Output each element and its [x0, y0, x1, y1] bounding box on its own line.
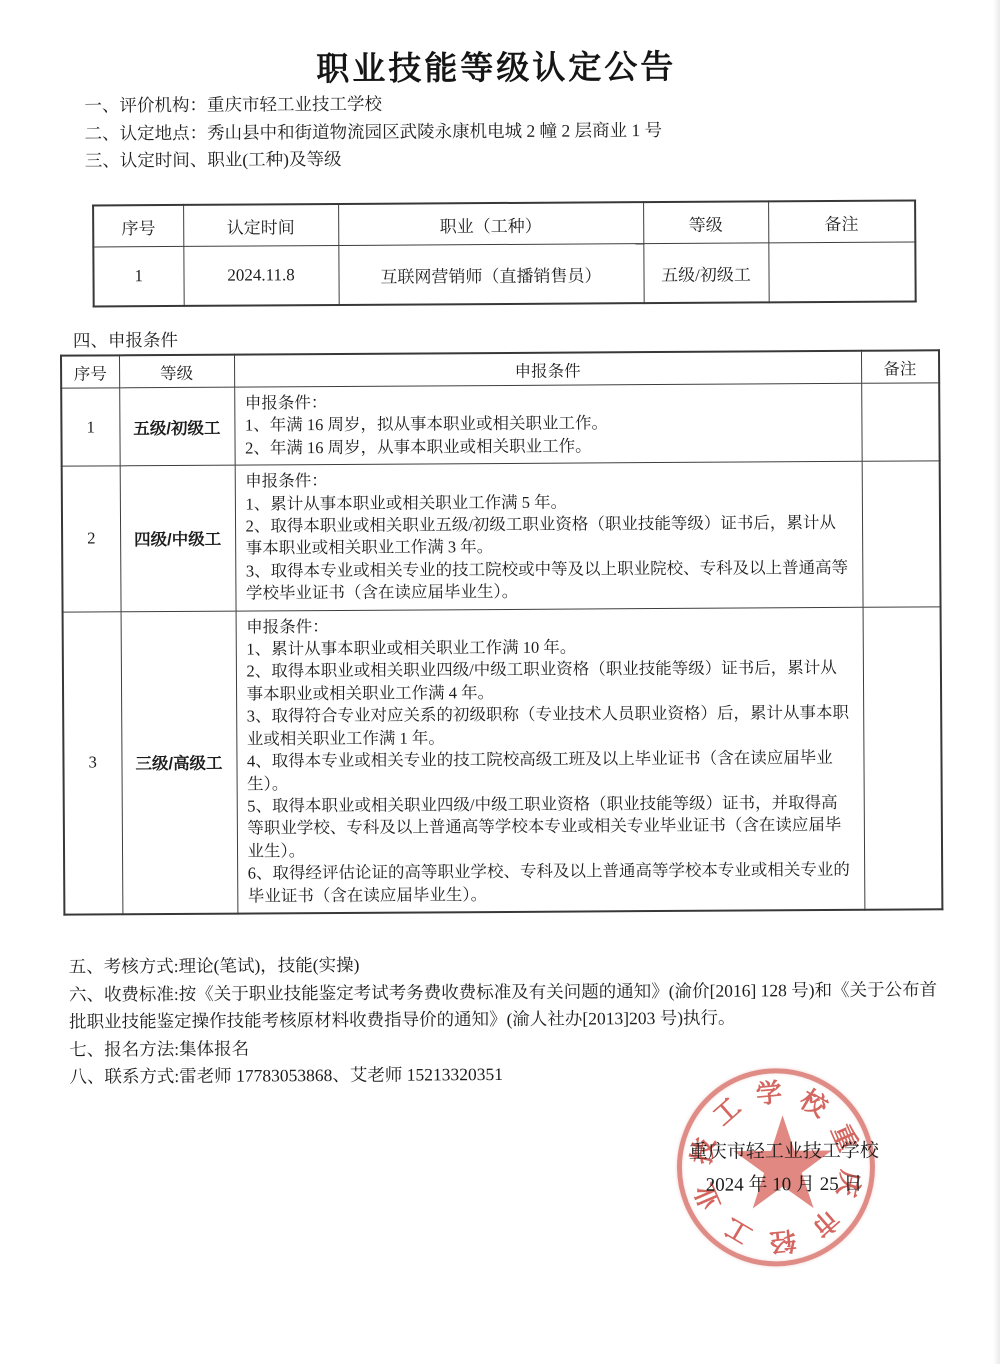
col-header-level: 等级	[643, 201, 768, 243]
table-row: 1 2024.11.8 互联网营销师（直播销售员） 五级/初级工	[93, 242, 915, 307]
cell-date: 2024.11.8	[183, 245, 338, 305]
cell-level: 五级/初级工	[119, 387, 234, 466]
page-title: 职业技能等级认定公告	[0, 39, 996, 92]
table-row: 3 三级/高级工 申报条件： 1、累计从事本职业或相关职业工作满 10 年。 2…	[63, 606, 943, 914]
seal-ring-char: 学	[754, 1072, 783, 1111]
cell-seq: 1	[61, 388, 119, 467]
scan-edge-shadow	[993, 0, 1000, 1364]
section6-fees: 六、收费标准:按《关于职业技能鉴定考试考务费收费标准及有关问题的通知》(渝价[2…	[69, 976, 947, 1037]
col-header-conditions: 申报条件	[234, 351, 861, 387]
intro-item-3: 三、认定时间、职业(工种)及等级	[85, 142, 945, 175]
cell-level: 五级/初级工	[643, 243, 768, 303]
cell-note	[862, 461, 941, 607]
application-conditions-table: 序号 等级 申报条件 备注 1 五级/初级工 申报条件： 1、年满 16 周岁，…	[60, 349, 943, 915]
cell-conditions: 申报条件： 1、年满 16 周岁，拟从事本职业或相关职业工作。 2、年满 16 …	[234, 383, 861, 465]
cell-conditions: 申报条件： 1、累计从事本职业或相关职业工作满 5 年。 2、取得本职业或相关职…	[235, 462, 863, 611]
cell-seq: 2	[62, 466, 121, 612]
seal-ring-char: 轻	[768, 1223, 797, 1262]
cell-level: 三级/高级工	[121, 611, 238, 914]
col-header-level: 等级	[119, 355, 234, 388]
cell-note	[863, 606, 943, 909]
col-header-occupation: 职业（工种）	[338, 202, 643, 245]
col-header-note: 备注	[768, 200, 915, 242]
certification-schedule-table: 序号 认定时间 职业（工种） 等级 备注 1 2024.11.8 互联网营销师（…	[92, 199, 917, 307]
cell-seq: 3	[63, 611, 123, 914]
table-header-row: 序号 等级 申报条件 备注	[61, 350, 939, 388]
col-header-date: 认定时间	[183, 204, 338, 246]
col-header-seq: 序号	[93, 205, 183, 247]
table-header-row: 序号 认定时间 职业（工种） 等级 备注	[93, 200, 915, 247]
cell-note	[768, 242, 915, 302]
section4-heading: 四、申报条件	[73, 327, 178, 353]
signature-date: 2024 年 10 月 25 日	[644, 1167, 924, 1202]
cell-occupation: 互联网营销师（直播销售员）	[338, 244, 643, 305]
cell-seq: 1	[93, 246, 183, 306]
signature-org: 重庆市轻工业技工学校	[644, 1134, 924, 1169]
cell-conditions: 申报条件： 1、累计从事本职业或相关职业工作满 10 年。 2、取得本职业或相关…	[236, 607, 865, 914]
scanned-page: 职业技能等级认定公告 一、评价机构：重庆市轻工业技工学校 二、认定地点：秀山县中…	[0, 0, 1000, 1364]
table-row: 1 五级/初级工 申报条件： 1、年满 16 周岁，拟从事本职业或相关职业工作。…	[61, 383, 939, 467]
signature-block: 重庆市轻工业技工学校 2024 年 10 月 25 日	[644, 1134, 924, 1202]
col-header-seq: 序号	[61, 355, 119, 388]
col-header-note: 备注	[861, 350, 939, 383]
cell-note	[861, 383, 939, 462]
intro-list: 一、评价机构：重庆市轻工业技工学校 二、认定地点：秀山县中和街道物流园区武陵永康…	[84, 87, 944, 175]
table-row: 2 四级/中级工 申报条件： 1、累计从事本职业或相关职业工作满 5 年。 2、…	[62, 461, 941, 612]
cell-level: 四级/中级工	[120, 465, 236, 611]
